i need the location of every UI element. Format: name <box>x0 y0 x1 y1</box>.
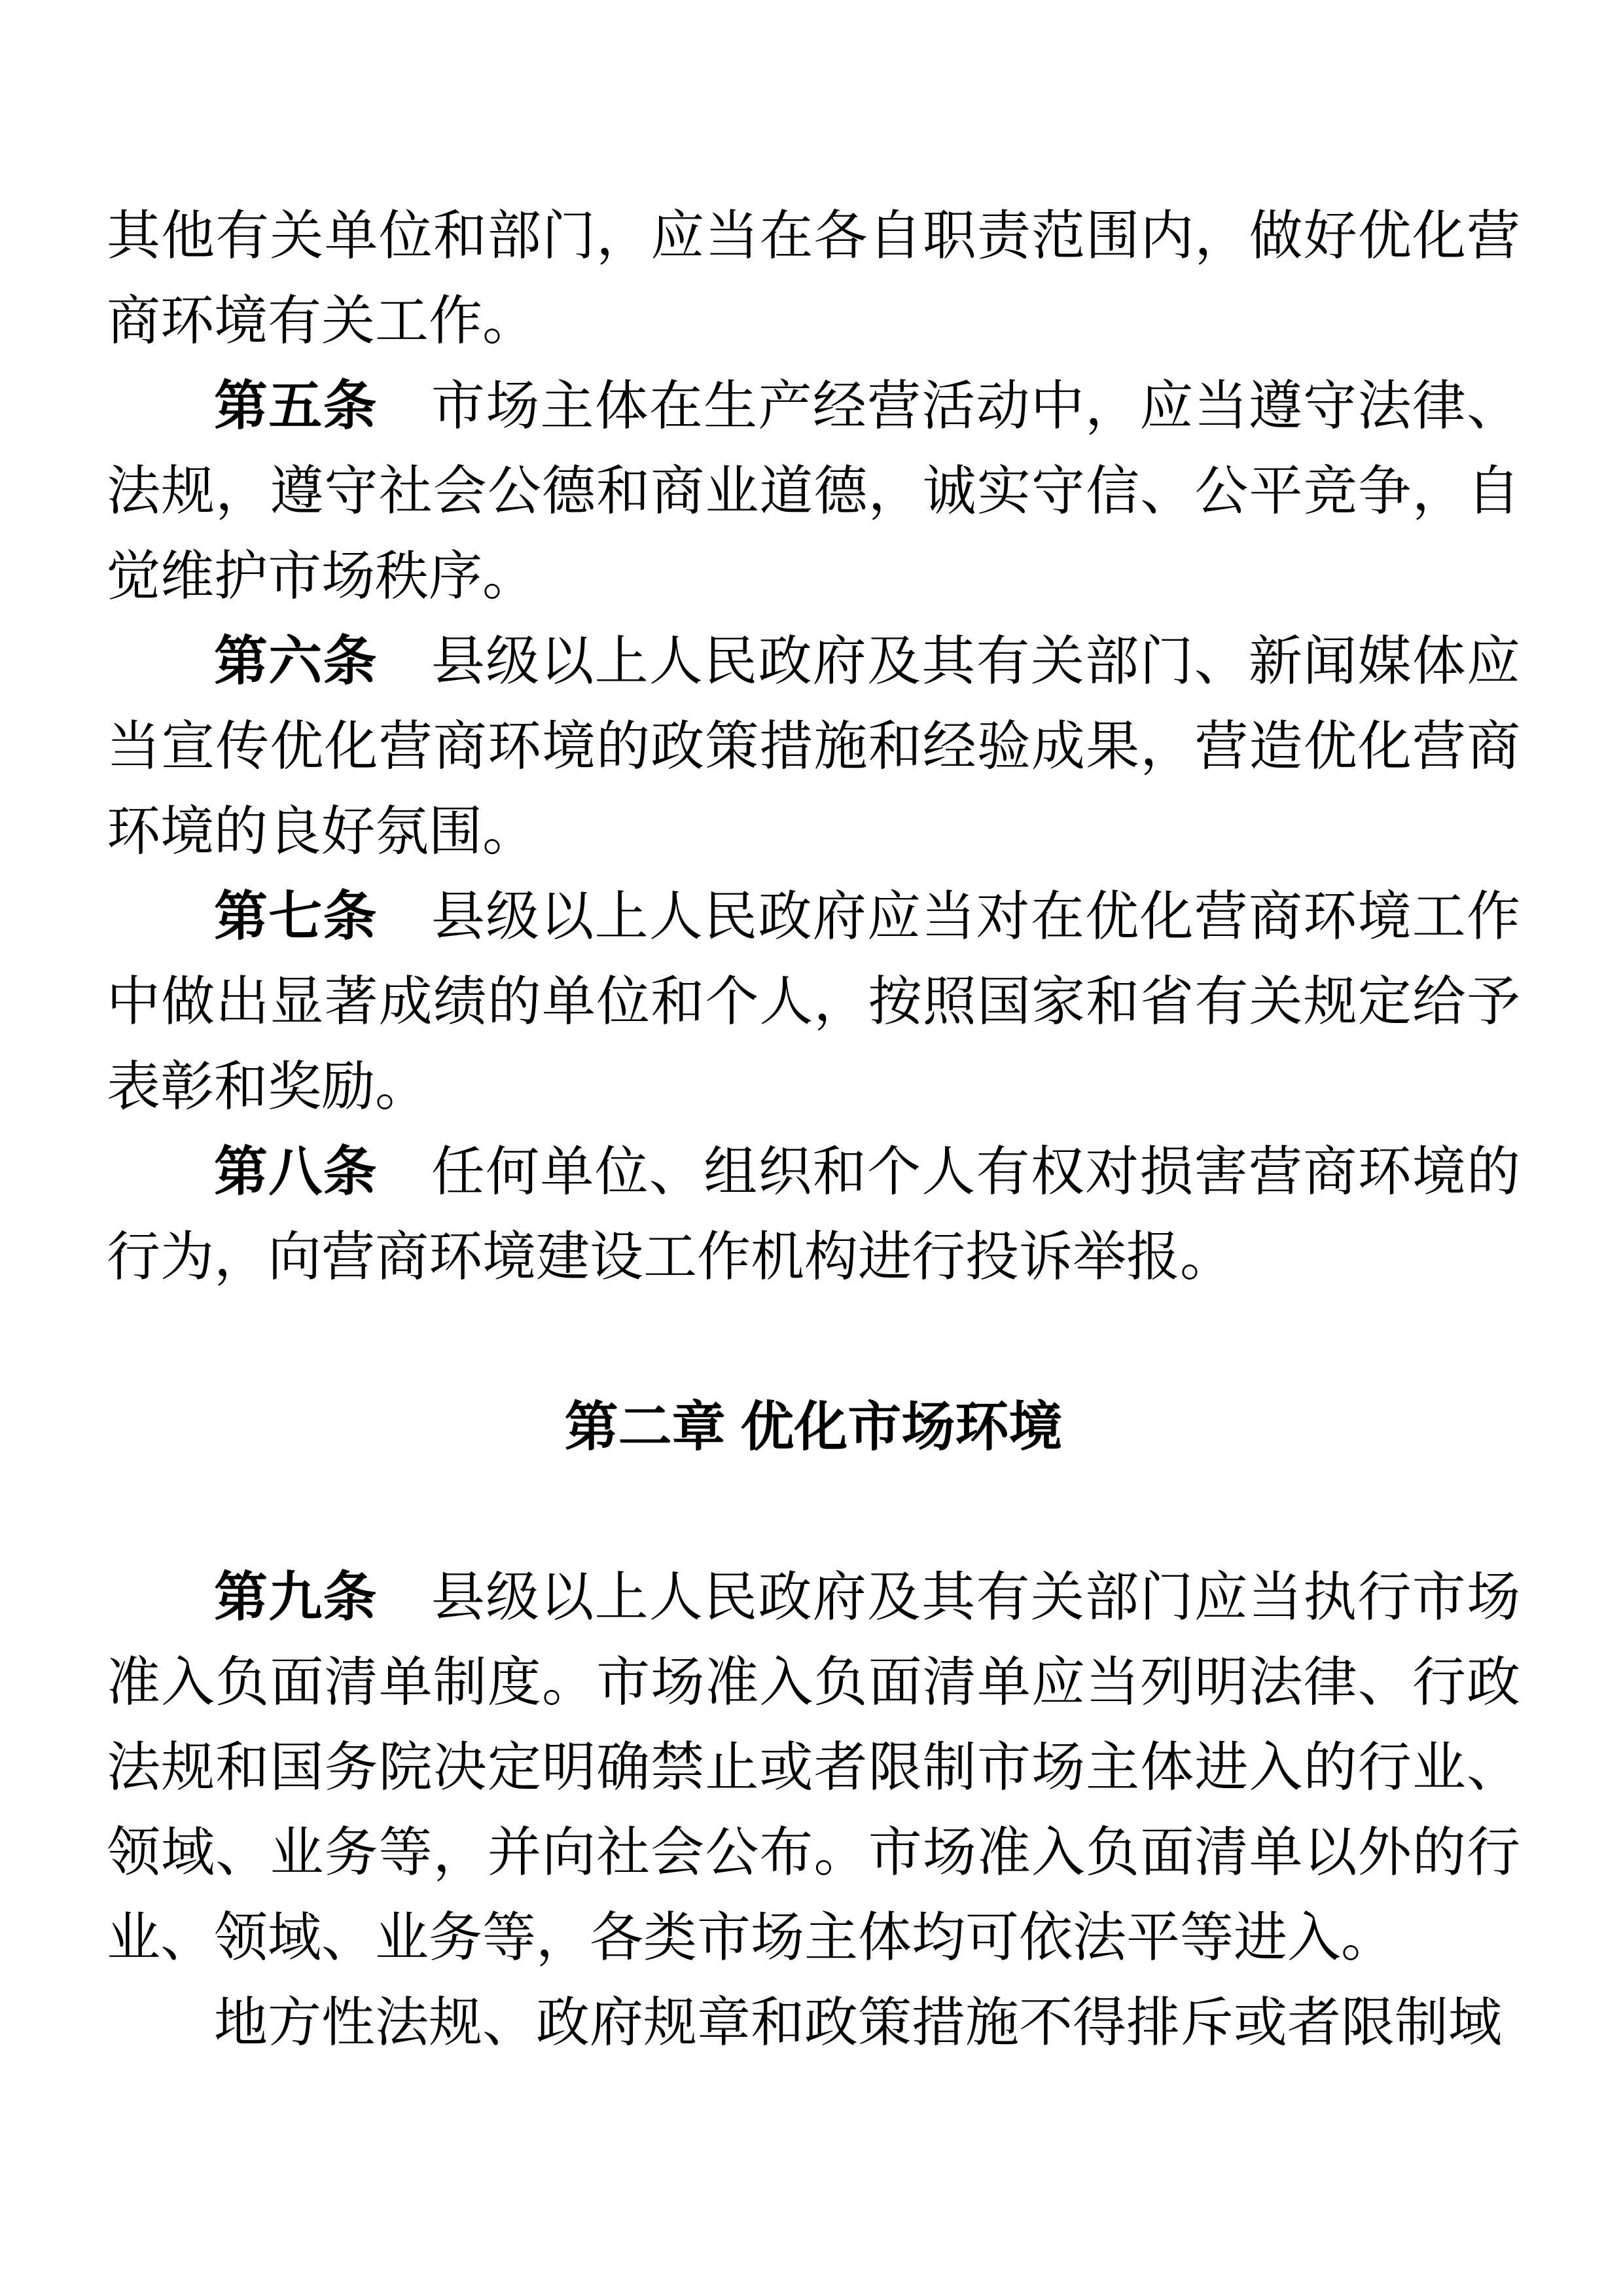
article-6-label: 第六条 <box>214 632 378 691</box>
paragraph-continuation: 其他有关单位和部门，应当在各自职责范围内，做好优化营商环境有关工作。 <box>107 194 1520 364</box>
article-5: 第五条市场主体在生产经营活动中，应当遵守法律、法规，遵守社会公德和商业道德，诚实… <box>107 364 1520 619</box>
paragraph-partial: 地方性法规、政府规章和政策措施不得排斥或者限制域 <box>107 1981 1520 2066</box>
article-9-label: 第九条 <box>214 1568 378 1627</box>
document-content: 其他有关单位和部门，应当在各自职责范围内，做好优化营商环境有关工作。 第五条市场… <box>107 194 1520 2066</box>
article-8-label: 第八条 <box>214 1142 378 1202</box>
document-page: 其他有关单位和部门，应当在各自职责范围内，做好优化营商环境有关工作。 第五条市场… <box>0 0 1623 2296</box>
article-9: 第九条县级以上人民政府及其有关部门应当执行市场准入负面清单制度。市场准入负面清单… <box>107 1555 1520 1981</box>
article-8: 第八条任何单位、组织和个人有权对损害营商环境的行为，向营商环境建设工作机构进行投… <box>107 1130 1520 1300</box>
article-7-label: 第七条 <box>214 887 378 946</box>
article-5-label: 第五条 <box>214 376 378 436</box>
chapter-heading: 第二章 优化市场环境 <box>107 1385 1520 1470</box>
article-9-text: 县级以上人民政府及其有关部门应当执行市场准入负面清单制度。市场准入负面清单应当列… <box>107 1568 1520 1967</box>
article-7: 第七条县级以上人民政府应当对在优化营商环境工作中做出显著成绩的单位和个人，按照国… <box>107 874 1520 1130</box>
article-6: 第六条县级以上人民政府及其有关部门、新闻媒体应当宣传优化营商环境的政策措施和经验… <box>107 619 1520 874</box>
